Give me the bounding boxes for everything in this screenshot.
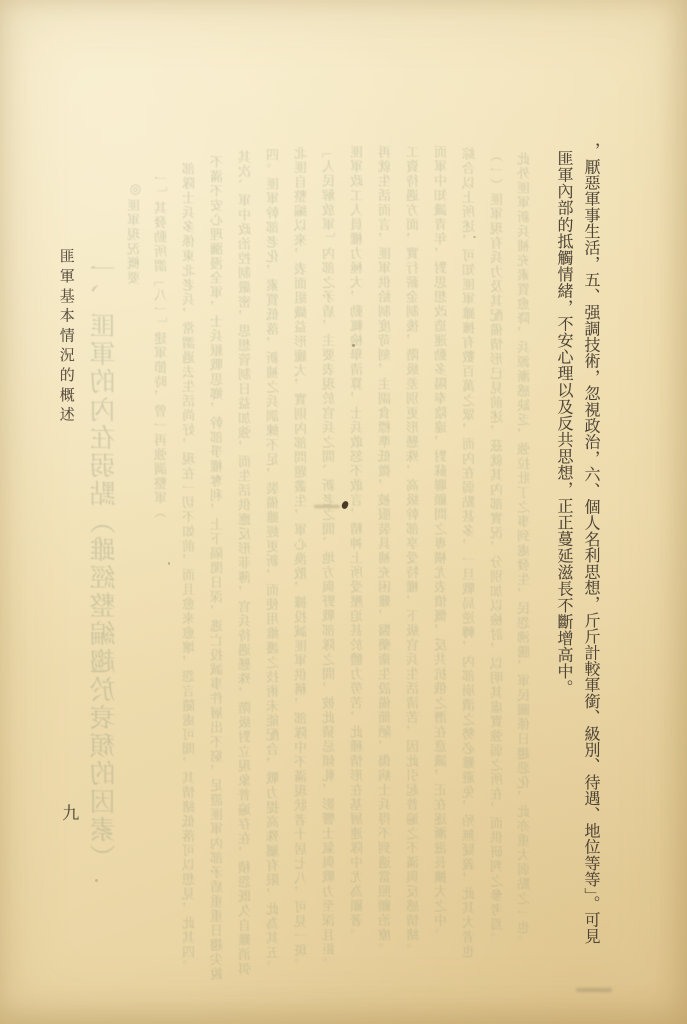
ghost-text-column: 部隊士兵多係東北老兵，常謂過去生活尚好，現在一切不如前，而且愈來愈壞，怨言隨處可… xyxy=(183,162,198,974)
ghost-text-column: 一」其發動所謂「八一」建軍節時，曾一再強調整軍（ xyxy=(155,172,170,520)
margin-header: 匪軍基本情況的概述 xyxy=(56,248,75,426)
ghost-text-column: 「人民解放軍」內部之矛盾，主要表現於官兵之間、新老之間、地方與野戰部隊之間，彼此… xyxy=(323,145,338,972)
ink-spot xyxy=(341,500,349,509)
body-text-column-1: ，厭惡軍事生活，五、强調技術，忽視政治，六、個人名利思想，斤斤計較軍銜、級別、待… xyxy=(580,142,600,944)
ghost-text-column: 此外匪軍新兵補充素質愈降，兵源漸感缺乏，強拉壯丁之事到處發生，民怨沸騰，軍民關係… xyxy=(518,152,533,950)
ghost-text-column: 匪軍政工人員權力極大，動輒檢舉清算，士兵敢怒不敢言，精神上所受壓迫甚於體力勞苦，… xyxy=(351,145,366,943)
ghost-text-column: 再就生活而言，匪軍供給制度苛刻，主副食標準低微，被服裝具補充困難，醫藥衛生設備簡… xyxy=(379,145,394,957)
ghost-text-column: 其次、軍中政治控制嚴密，思想管制日益加強，而生活供應反形菲薄，官兵待遇懸殊，階級… xyxy=(239,150,254,977)
ghost-text-column: 四。匪軍幹部老化，素質低落，新補之兵訓練不足，裝備雖經更新，而使用維護之技術未能… xyxy=(267,148,282,975)
edge-smudge xyxy=(576,988,612,992)
scanned-document-page: 一、匪軍的內在弱點（雖經整編趨於衰頹的因素）◎匪軍現況概要一」其發動所謂「八一」… xyxy=(0,0,687,1024)
ghost-text-column: ◎匪軍現況概要 xyxy=(128,182,143,286)
foxing-speck xyxy=(168,562,170,565)
foxing-speck xyxy=(352,344,355,347)
ghost-text-column: 而軍中知識青年，對思想改造運動多陽奉陰違，對蘇聯顧問之專橫尤表憤慨，反共抗俄之潛… xyxy=(435,145,450,943)
ghost-text-column: 綜合以上所述，可知匪軍雖擁有數百萬之眾，而內在弱點甚多，一旦戰局逆轉，內部崩潰之… xyxy=(463,147,478,959)
ghost-text-column: 不滿不安心理瀰漫全軍，士兵厭戰思鄉，幹部爭權奪利，上下隔閡日深，逃亡投誠事件層出… xyxy=(211,155,226,982)
foxing-speck xyxy=(95,879,98,882)
ink-smear xyxy=(314,505,340,508)
ghost-text-column: 工資待遇方面，實行薪金制後，階級差別更形懸殊，高級幹部享受特權，下級官兵生活清苦… xyxy=(407,145,422,957)
ghost-text-column: 北匪自整編以來，表面組織益形龐大，實則內部問題叢生，軍心渙散，據投誠匪軍供稱，部… xyxy=(295,146,310,973)
page-number: 九 xyxy=(58,804,79,821)
body-text-column-2: 匪軍內部的抵觸情緒，不安心理以及反共思想，正正蔓延滋長不斷增高中。 xyxy=(553,150,573,696)
foxing-speck xyxy=(473,236,476,238)
ghost-text-column: （一）匪軍現有兵力及其配備情形已見前述，茲就其內部實況，分別加以檢討，以明其虛實… xyxy=(491,149,506,947)
ghost-text-column: 一、匪軍的內在弱點（雖經整編趨於衰頹的因素） xyxy=(90,256,120,872)
